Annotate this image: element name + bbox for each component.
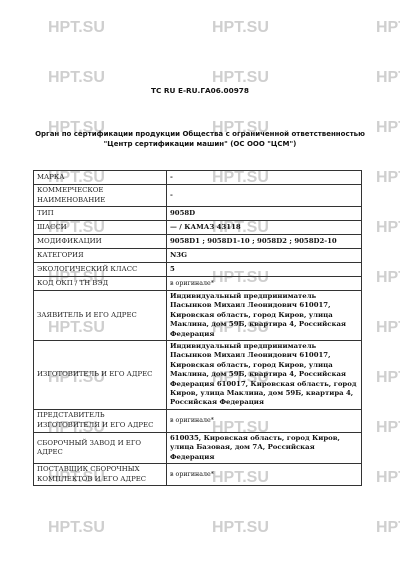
row-label: КОММЕРЧЕСКОЕ НАИМЕНОВАНИЕ (34, 185, 167, 207)
row-value: 9058D1 ; 9058D1-10 ; 9058D2 ; 9058D2-10 (167, 235, 362, 249)
table-row-eco-class: ЭКОЛОГИЧЕСКИЙ КЛАСС5 (34, 263, 362, 277)
row-value: Индивидуальный предприниматель Пасынков … (167, 341, 362, 410)
certificate-number: TC RU E-RU.ГА06.00978 (0, 86, 400, 95)
table-row-commercial-name: КОММЕРЧЕСКОЕ НАИМЕНОВАНИЕ- (34, 185, 362, 207)
watermark-text: HPT.SU (376, 170, 400, 186)
table-row-brand: МАРКА- (34, 171, 362, 185)
table-row-manufacturer: ИЗГОТОВИТЕЛЬ И ЕГО АДРЕСИндивидуальный п… (34, 341, 362, 410)
watermark-text: HPT.SU (376, 420, 400, 436)
row-value: в оригинале* (167, 409, 362, 432)
row-label: ПРЕДСТАВИТЕЛЬ ИЗГОТОВИТЕЛЯ И ЕГО АДРЕС (34, 409, 167, 432)
table-row-category: КАТЕГОРИЯN3G (34, 249, 362, 263)
watermark-text: HPT.SU (376, 320, 400, 336)
table-row-applicant: ЗАЯВИТЕЛЬ И ЕГО АДРЕСИндивидуальный пред… (34, 291, 362, 341)
certificate-details-table: МАРКА- КОММЕРЧЕСКОЕ НАИМЕНОВАНИЕ- ТИП905… (33, 170, 362, 486)
watermark-text: HPT.SU (48, 70, 105, 86)
table-row-okp-code: КОД ОКП / ТН ВЭДв оригинале* (34, 277, 362, 291)
row-value: N3G (167, 249, 362, 263)
watermark-text: HPT.SU (212, 520, 269, 536)
row-label: ИЗГОТОВИТЕЛЬ И ЕГО АДРЕС (34, 341, 167, 410)
row-label: МАРКА (34, 171, 167, 185)
row-label: ШАССИ (34, 221, 167, 235)
row-value: 610035, Кировская область, город Киров, … (167, 432, 362, 463)
row-value: Индивидуальный предприниматель Пасынков … (167, 291, 362, 341)
row-value: 5 (167, 263, 362, 277)
table-row-representative: ПРЕДСТАВИТЕЛЬ ИЗГОТОВИТЕЛЯ И ЕГО АДРЕСв … (34, 409, 362, 432)
watermark-text: HPT.SU (376, 20, 400, 36)
certification-body: Орган по сертификации продукции Общества… (30, 130, 370, 149)
watermark-text: HPT.SU (48, 20, 105, 36)
row-label: ТИП (34, 207, 167, 221)
row-value: в оригинале* (167, 277, 362, 291)
row-label: КОД ОКП / ТН ВЭД (34, 277, 167, 291)
row-value: — / КАМАЗ 43118 (167, 221, 362, 235)
watermark-text: HPT.SU (376, 70, 400, 86)
watermark-text: HPT.SU (376, 470, 400, 486)
table-row-type: ТИП9058D (34, 207, 362, 221)
row-label: КАТЕГОРИЯ (34, 249, 167, 263)
row-value: - (167, 171, 362, 185)
row-label: ПОСТАВЩИК СБОРОЧНЫХ КОМПЛЕКТОВ И ЕГО АДР… (34, 464, 167, 486)
table-row-kit-supplier: ПОСТАВЩИК СБОРОЧНЫХ КОМПЛЕКТОВ И ЕГО АДР… (34, 464, 362, 486)
table-row-chassis: ШАССИ— / КАМАЗ 43118 (34, 221, 362, 235)
row-label: МОДИФИКАЦИИ (34, 235, 167, 249)
table-row-modifications: МОДИФИКАЦИИ9058D1 ; 9058D1-10 ; 9058D2 ;… (34, 235, 362, 249)
table-row-assembly-plant: СБОРОЧНЫЙ ЗАВОД И ЕГО АДРЕС610035, Киров… (34, 432, 362, 463)
row-label: ЗАЯВИТЕЛЬ И ЕГО АДРЕС (34, 291, 167, 341)
watermark-text: HPT.SU (376, 120, 400, 136)
watermark-text: HPT.SU (212, 70, 269, 86)
watermark-text: HPT.SU (376, 270, 400, 286)
watermark-text: HPT.SU (48, 520, 105, 536)
row-label: ЭКОЛОГИЧЕСКИЙ КЛАСС (34, 263, 167, 277)
row-value: в оригинале* (167, 464, 362, 486)
row-value: - (167, 185, 362, 207)
watermark-text: HPT.SU (212, 20, 269, 36)
row-value: 9058D (167, 207, 362, 221)
watermark-text: HPT.SU (376, 220, 400, 236)
watermark-text: HPT.SU (376, 520, 400, 536)
watermark-text: HPT.SU (376, 370, 400, 386)
row-label: СБОРОЧНЫЙ ЗАВОД И ЕГО АДРЕС (34, 432, 167, 463)
